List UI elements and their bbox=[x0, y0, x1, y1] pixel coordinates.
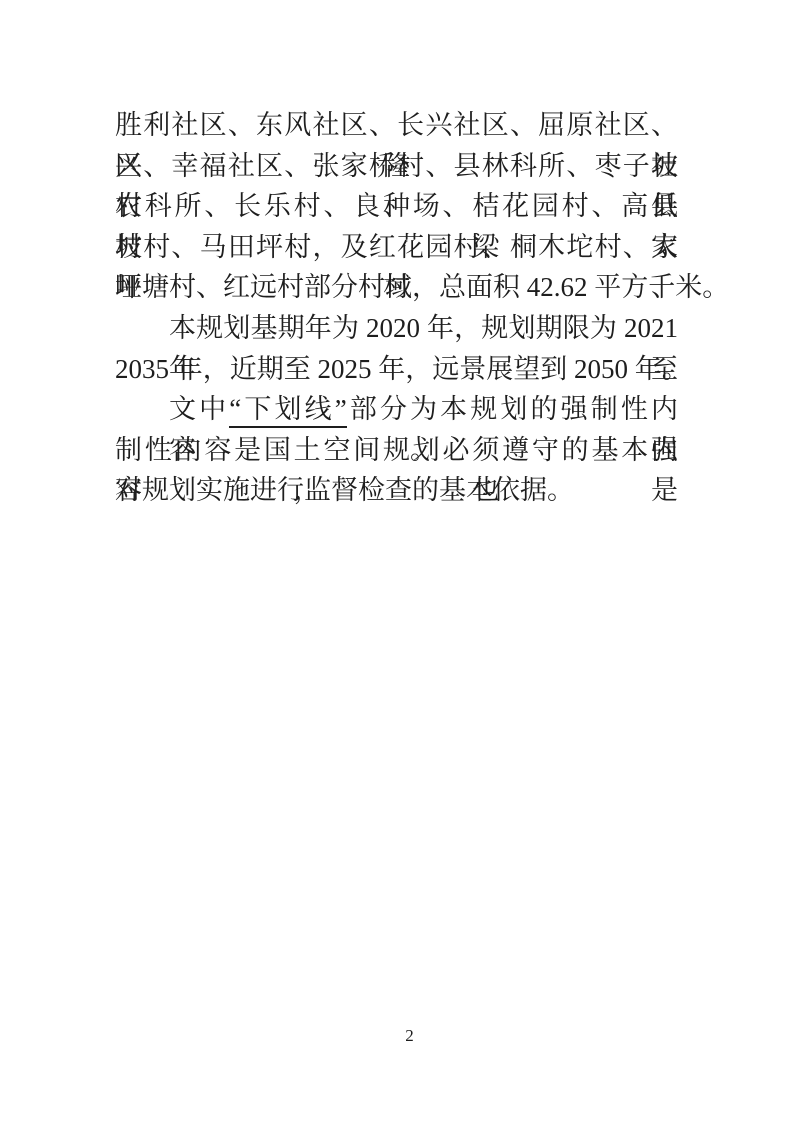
text-line: 胜利社区、东风社区、长兴社区、屈原社区、兴隆社 bbox=[115, 105, 678, 146]
text-segment: 2035 年，近期至 2025 年，远景展望到 2050 年。 bbox=[115, 354, 689, 384]
text-segment: 文中 bbox=[169, 394, 229, 424]
text-segment: 对规划实施进行监督检查的基本依据。 bbox=[115, 475, 574, 505]
document-page: 胜利社区、东风社区、长兴社区、屈原社区、兴隆社区、幸福社区、张家桥村、县林科所、… bbox=[0, 0, 793, 1122]
text-line: 制性内容是国土空间规划必须遵守的基本内容，也是 bbox=[115, 430, 678, 471]
page-number: 2 bbox=[26, 1026, 793, 1046]
text-line: 区、幸福社区、张家桥村、县林科所、枣子坡村、县 bbox=[115, 146, 678, 187]
text-line: 坡村、马田坪村，及红花园村、桐木坨村、太坪村、 bbox=[115, 227, 678, 268]
text-line: 2035 年，近期至 2025 年，远景展望到 2050 年。 bbox=[115, 349, 678, 390]
body-text: 胜利社区、东风社区、长兴社区、屈原社区、兴隆社区、幸福社区、张家桥村、县林科所、… bbox=[115, 105, 678, 511]
text-line: 本规划基期年为 2020 年，规划期限为 2021 年至 bbox=[115, 308, 678, 349]
text-line: 文中“下划线”部分为本规划的强制性内容。强 bbox=[115, 389, 678, 430]
underlined-text: “下划线” bbox=[229, 394, 346, 428]
text-line: 农科所、长乐村、良种场、桔花园村、高低村、梁家 bbox=[115, 186, 678, 227]
text-line: 哑塘村、红远村部分村域，总面积 42.62 平方千米。 bbox=[115, 267, 678, 308]
text-segment: 哑塘村、红远村部分村域，总面积 42.62 平方千米。 bbox=[115, 272, 729, 302]
